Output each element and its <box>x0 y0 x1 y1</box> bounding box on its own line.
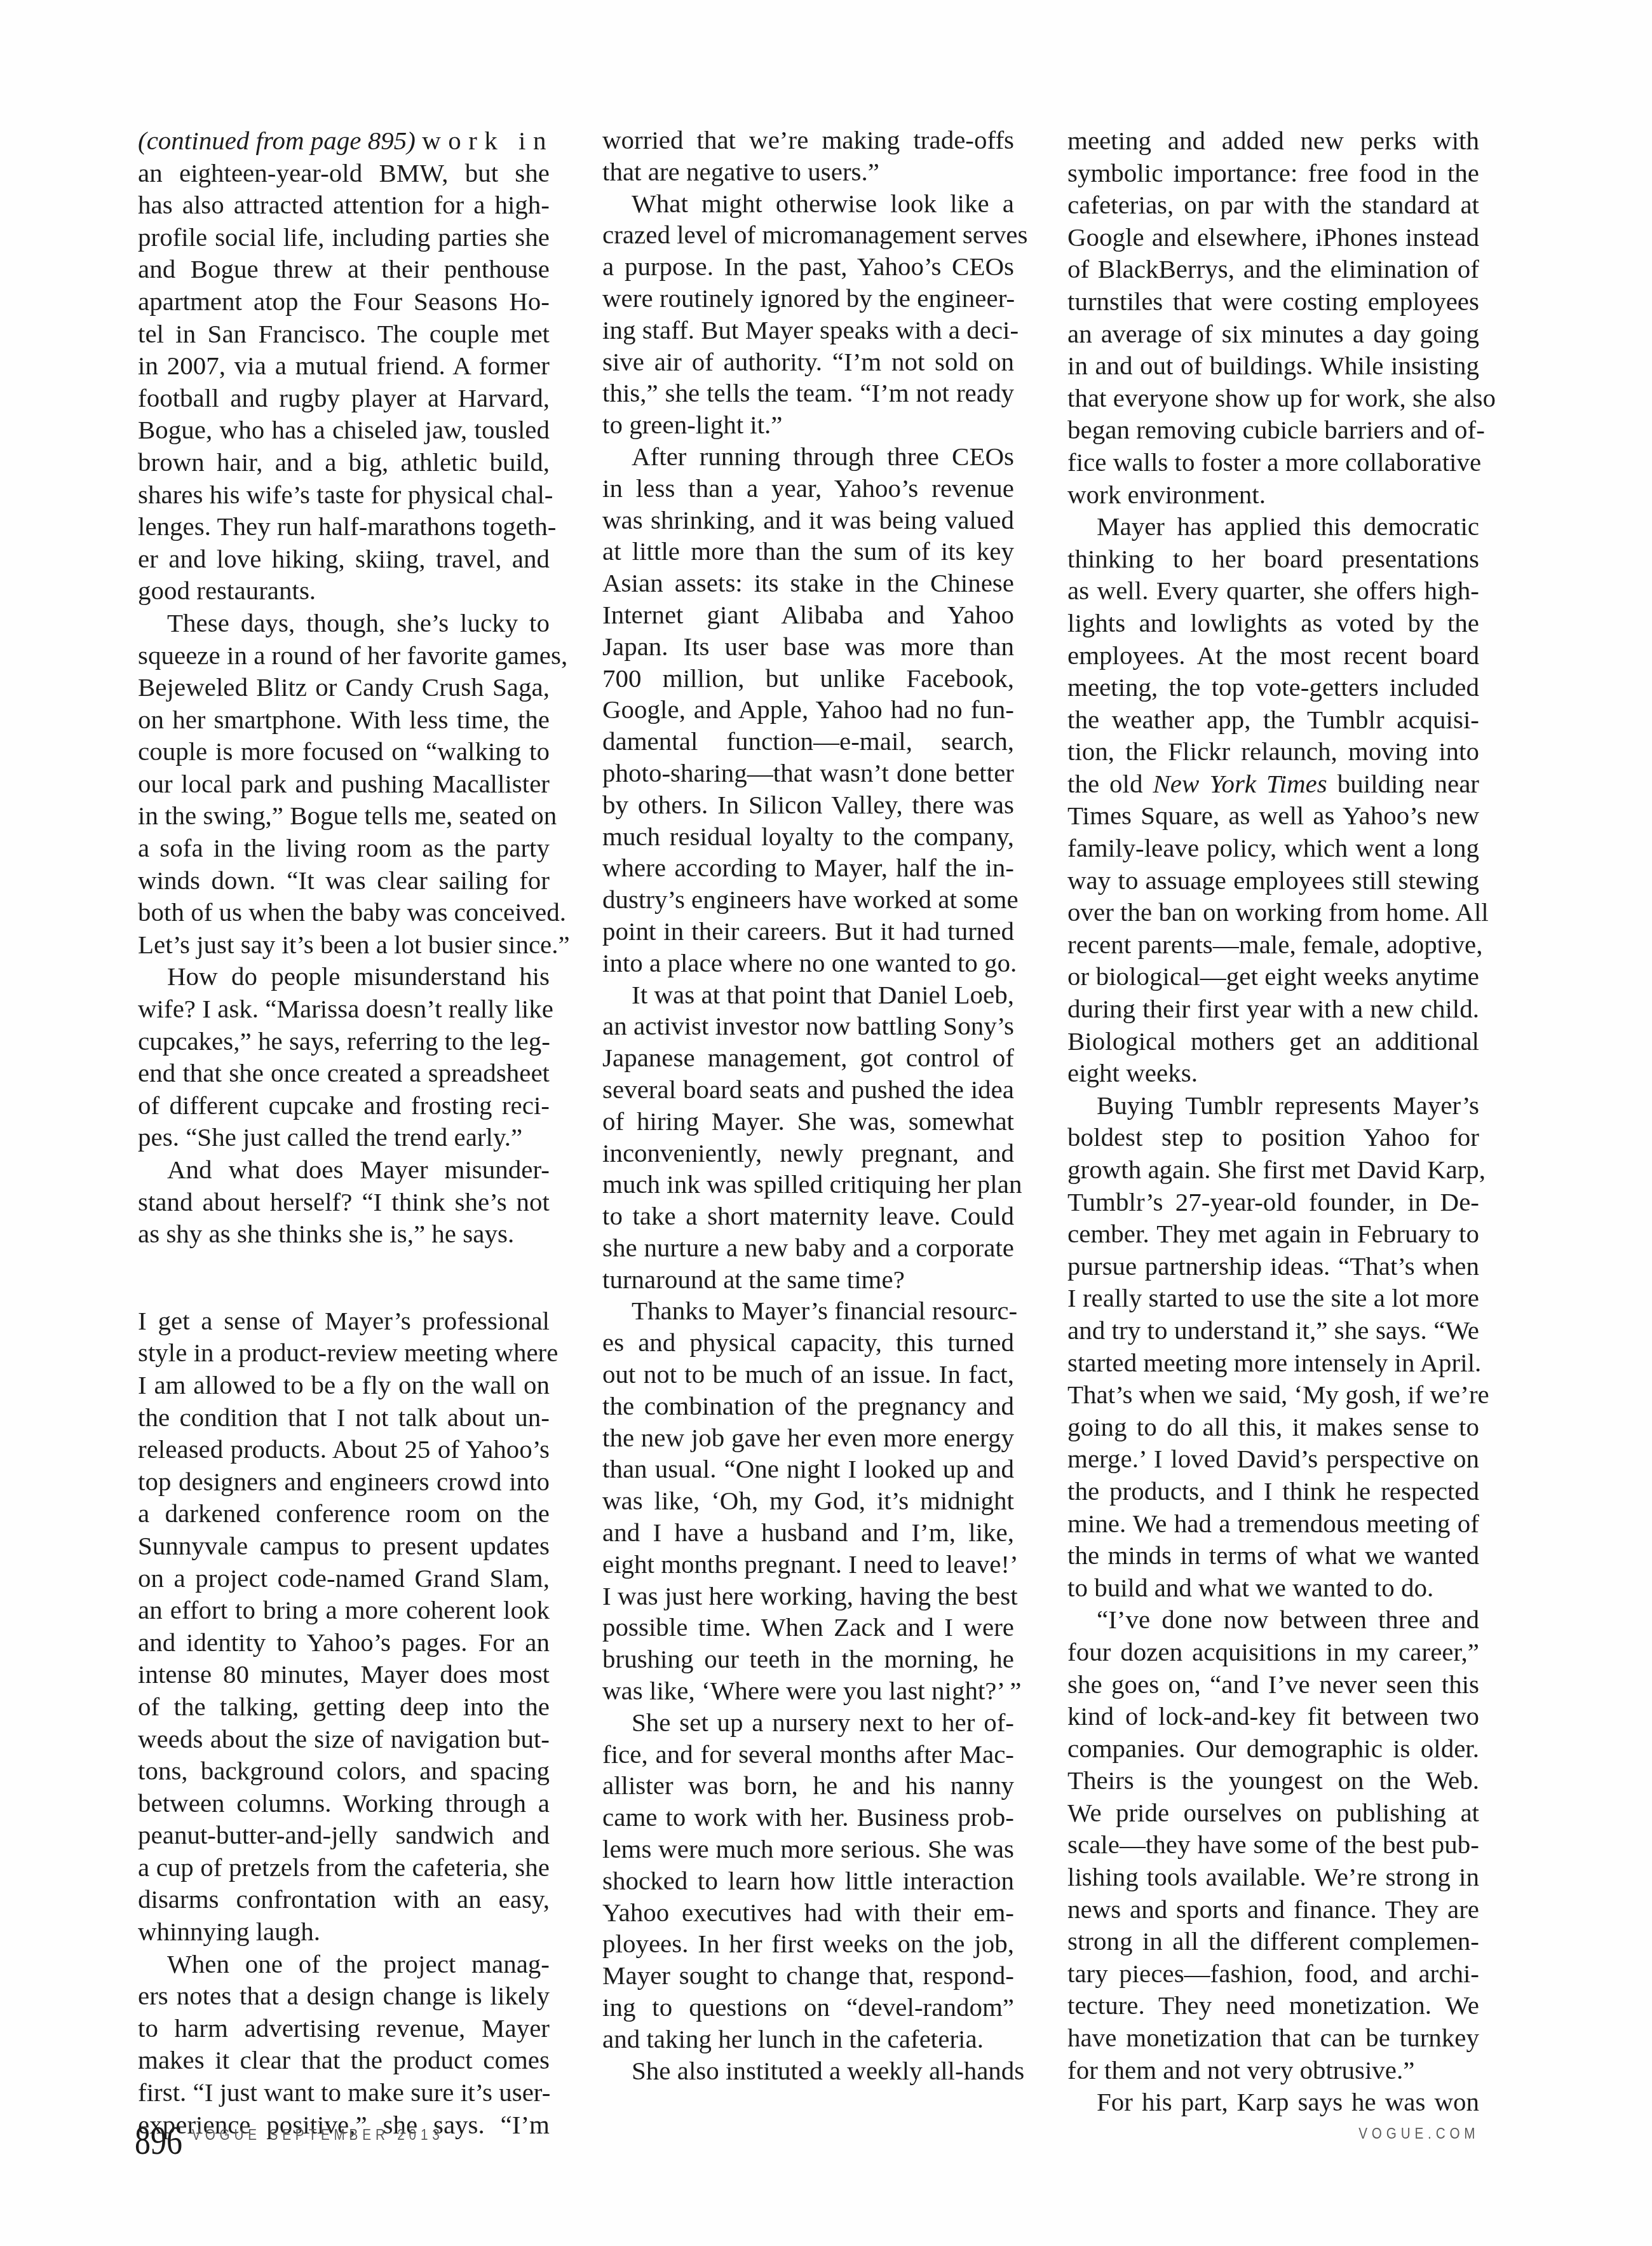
text-line: has also attracted attention for a high- <box>138 189 550 221</box>
text-line: Japanese management, got control of <box>602 1042 1014 1074</box>
publication-title: New York Times <box>1153 769 1327 798</box>
text-line: to take a short maternity leave. Could <box>602 1201 1014 1232</box>
text-line: tecture. They need monetization. We <box>1067 1989 1479 2022</box>
text-line: a sofa in the living room as the party <box>138 832 550 864</box>
text-line: several board seats and pushed the idea <box>602 1074 1014 1106</box>
text-line: crazed level of micromanagement serves <box>602 219 1014 251</box>
text-line: began removing cubicle barriers and of- <box>1067 414 1479 446</box>
text-line: Buying Tumblr represents Mayer’s <box>1067 1089 1479 1122</box>
text-line: top designers and engineers crowd into <box>138 1466 550 1498</box>
text-line: pursue partnership ideas. “That’s when <box>1067 1250 1479 1283</box>
text-line: a purpose. In the past, Yahoo’s CEOs <box>602 251 1014 283</box>
text-line: What might otherwise look like a <box>602 188 1014 220</box>
text-line: damental function—e-mail, search, <box>602 726 1014 758</box>
text-line: It was at that point that Daniel Loeb, <box>602 979 1014 1011</box>
text-line: tary pieces—fashion, food, and archi- <box>1067 1957 1479 1990</box>
text-line: brown hair, and a big, athletic build, <box>138 446 550 479</box>
text-line: family-leave policy, which went a long <box>1067 832 1479 864</box>
text-line: in less than a year, Yahoo’s revenue <box>602 473 1014 505</box>
text-line: an activist investor now battling Sony’s <box>602 1011 1014 1042</box>
continued-from-note[interactable]: (continued from page 895) <box>138 126 416 155</box>
text-line: of BlackBerrys, and the elimination of <box>1067 253 1479 285</box>
text-line: released products. About 25 of Yahoo’s <box>138 1433 550 1466</box>
text-line: meeting, the top vote-getters included <box>1067 671 1479 704</box>
text-line: were routinely ignored by the engineer- <box>602 283 1014 315</box>
text-line: I get a sense of Mayer’s professional <box>138 1305 550 1337</box>
text-line: tons, background colors, and spacing <box>138 1755 550 1787</box>
text-line: These days, though, she’s lucky to <box>138 607 550 639</box>
text-line: our local park and pushing Macallister <box>138 768 550 800</box>
text-line: have monetization that can be turnkey <box>1067 2022 1479 2054</box>
text-line: cafeterias, on par with the standard at <box>1067 189 1479 221</box>
text-line: makes it clear that the product comes <box>138 2044 550 2076</box>
text-line: Yahoo executives had with their em- <box>602 1897 1014 1929</box>
text-line: the old New York Times building near <box>1067 768 1479 800</box>
text-line: eight weeks. <box>1067 1057 1479 1089</box>
page-footer-left: 896 VOGUE SEPTEMBER 2013 <box>135 2121 472 2160</box>
article-column-2: worried that we’re making trade-offsthat… <box>602 125 1014 2086</box>
text-line: disarms confrontation with an easy, <box>138 1883 550 1916</box>
text-line: employees. At the most recent board <box>1067 639 1479 672</box>
text-line: I really started to use the site a lot m… <box>1067 1282 1479 1314</box>
text-line: as well. Every quarter, she offers high- <box>1067 575 1479 607</box>
text-line: lems were much more serious. She was <box>602 1834 1014 1865</box>
text-line: allister was born, he and his nanny <box>602 1770 1014 1802</box>
text-line: end that she once created a spreadsheet <box>138 1057 550 1089</box>
text-line: of hiring Mayer. She was, somewhat <box>602 1106 1014 1138</box>
text-line: and identity to Yahoo’s pages. For an <box>138 1626 550 1659</box>
text-line: both of us when the baby was conceived. <box>138 896 550 929</box>
text-line: started meeting more intensely in April. <box>1067 1347 1479 1379</box>
text-line: possible time. When Zack and I were <box>602 1612 1014 1644</box>
text-line: Let’s just say it’s been a lot busier si… <box>138 929 550 961</box>
text-line: I was just here working, having the best <box>602 1581 1014 1612</box>
text-line: and try to understand it,” she says. “We <box>1067 1314 1479 1347</box>
text-line: as shy as she thinks she is,” he says. <box>138 1218 550 1250</box>
text-line: four dozen acquisitions in my career,” <box>1067 1636 1479 1668</box>
text-line: whinnying laugh. <box>138 1916 550 1948</box>
text-line: than usual. “One night I looked up and <box>602 1453 1014 1485</box>
text-line: profile social life, including parties s… <box>138 221 550 254</box>
text-line: ers notes that a design change is likely <box>138 1980 550 2012</box>
text-line: sive air of authority. “I’m not sold on <box>602 346 1014 378</box>
text-line: much residual loyalty to the company, <box>602 821 1014 853</box>
text-line: point in their careers. But it had turne… <box>602 916 1014 948</box>
text-line: this,” she tells the team. “I’m not read… <box>602 378 1014 409</box>
text-line: Theirs is the youngest on the Web. <box>1067 1764 1479 1797</box>
text-line: Times Square, as well as Yahoo’s new <box>1067 800 1479 832</box>
text-line: to harm advertising revenue, Mayer <box>138 2012 550 2045</box>
text-line: good restaurants. <box>138 575 550 607</box>
text-line: She also instituted a weekly all-hands <box>602 2055 1014 2087</box>
text-line: How do people misunderstand his <box>138 960 550 993</box>
text-line: (continued from page 895) work in <box>138 125 550 157</box>
article-column-1: (continued from page 895) work inan eigh… <box>138 125 550 2141</box>
text-line: shares his wife’s taste for physical cha… <box>138 479 550 511</box>
text-line: much ink was spilled critiquing her plan <box>602 1169 1014 1201</box>
text-line: the combination of the pregnancy and <box>602 1391 1014 1422</box>
text-line: to build and what we wanted to do. <box>1067 1572 1479 1604</box>
text-line: was shrinking, and it was being valued <box>602 505 1014 536</box>
page-number: 896 <box>135 2121 175 2160</box>
text-line: out not to be much of an issue. In fact, <box>602 1359 1014 1391</box>
text-line: fice, and for several months after Mac- <box>602 1739 1014 1771</box>
text-line: and I have a husband and I’m, like, <box>602 1517 1014 1549</box>
text-line: during their first year with a new child… <box>1067 993 1479 1025</box>
text-line: tel in San Francisco. The couple met <box>138 318 550 350</box>
text-line: first. “I just want to make sure it’s us… <box>138 2076 550 2109</box>
text-line: photo-sharing—that wasn’t done better <box>602 758 1014 789</box>
text-line: weeds about the size of navigation but- <box>138 1723 550 1755</box>
text-line: the weather app, the Tumblr acquisi- <box>1067 704 1479 736</box>
text-line: After running through three CEOs <box>602 441 1014 473</box>
text-line: couple is more focused on “walking to <box>138 735 550 768</box>
text-line: and Bogue threw at their penthouse <box>138 253 550 285</box>
text-line: turnaround at the same time? <box>602 1264 1014 1296</box>
text-line: was like, ‘Oh, my God, it’s midnight <box>602 1485 1014 1517</box>
text-line: “I’ve done now between three and <box>1067 1603 1479 1636</box>
text-line: she nurture a new baby and a corporate <box>602 1232 1014 1264</box>
text-line: and taking her lunch in the cafeteria. <box>602 2024 1014 2055</box>
text-line: in the swing,” Bogue tells me, seated on <box>138 800 550 832</box>
text-line: Biological mothers get an additional <box>1067 1025 1479 1058</box>
text-line: eight months pregnant. I need to leave!’ <box>602 1549 1014 1581</box>
text-line: lishing tools available. We’re strong in <box>1067 1861 1479 1893</box>
text-line: wife? I ask. “Marissa doesn’t really lik… <box>138 993 550 1025</box>
text-line: Google, and Apple, Yahoo had no fun- <box>602 694 1014 726</box>
text-line: kind of lock-and-key fit between two <box>1067 1700 1479 1732</box>
text-line: lights and lowlights as voted by the <box>1067 607 1479 639</box>
text-line: of different cupcake and frosting reci- <box>138 1089 550 1122</box>
text-line: going to do all this, it makes sense to <box>1067 1411 1479 1443</box>
text-line: inconveniently, newly pregnant, and <box>602 1138 1014 1169</box>
text-line: strong in all the different complemen- <box>1067 1925 1479 1957</box>
text-line: came to work with her. Business prob- <box>602 1802 1014 1834</box>
text-line: meeting and added new perks with <box>1067 125 1479 157</box>
text-line: scale—they have some of the best pub- <box>1067 1828 1479 1861</box>
text-line: for them and not very obtrusive.” <box>1067 2054 1479 2086</box>
text-line: a darkened conference room on the <box>138 1497 550 1530</box>
text-line: es and physical capacity, this turned <box>602 1327 1014 1359</box>
text-line: in 2007, via a mutual friend. A former <box>138 350 550 382</box>
text-line: Google and elsewhere, iPhones instead <box>1067 221 1479 254</box>
text-line: in and out of buildings. While insisting <box>1067 350 1479 382</box>
text-line: Mayer sought to change that, respond- <box>602 1960 1014 1992</box>
text-line: ployees. In her first weeks on the job, <box>602 1928 1014 1960</box>
text-line: thinking to her board presentations <box>1067 543 1479 575</box>
text-line: a cup of pretzels from the cafeteria, sh… <box>138 1851 550 1884</box>
text-line: at little more than the sum of its key <box>602 536 1014 568</box>
text-line: on a project code-named Grand Slam, <box>138 1562 550 1595</box>
text-line: lenges. They run half-marathons togeth- <box>138 510 550 543</box>
text-line: That’s when we said, ‘My gosh, if we’re <box>1067 1378 1479 1411</box>
text-line: winds down. “It was clear sailing for <box>138 864 550 897</box>
text-line: the new job gave her even more energy <box>602 1422 1014 1454</box>
text-line: Mayer has applied this democratic <box>1067 510 1479 543</box>
text-line: tion, the Flickr relaunch, moving into <box>1067 735 1479 768</box>
text-line: news and sports and finance. They are <box>1067 1893 1479 1926</box>
text-line: way to assuage employees still stewing <box>1067 864 1479 897</box>
text-line: boldest step to position Yahoo for <box>1067 1121 1479 1154</box>
text-line: squeeze in a round of her favorite games… <box>138 639 550 672</box>
website-link[interactable]: VOGUE.COM <box>1358 2125 1479 2142</box>
text-line: growth again. She first met David Karp, <box>1067 1154 1479 1186</box>
text-line: Sunnyvale campus to present updates <box>138 1530 550 1562</box>
text-line: that are negative to users.” <box>602 156 1014 188</box>
section-break <box>138 1250 550 1305</box>
text-line: er and love hiking, skiing, travel, and <box>138 543 550 575</box>
text-line: She set up a nursery next to her of- <box>602 1707 1014 1739</box>
text-line: Tumblr’s 27-year-old founder, in De- <box>1067 1186 1479 1218</box>
text-line: intense 80 minutes, Mayer does most <box>138 1658 550 1691</box>
text-line: where according to Mayer, half the in- <box>602 852 1014 884</box>
text-line: between columns. Working through a <box>138 1787 550 1820</box>
text-line: Internet giant Alibaba and Yahoo <box>602 599 1014 631</box>
text-line: worried that we’re making trade-offs <box>602 125 1014 156</box>
text-line: Japan. Its user base was more than <box>602 631 1014 663</box>
text-line: or biological—get eight weeks anytime <box>1067 960 1479 993</box>
text-line: Bogue, who has a chiseled jaw, tousled <box>138 414 550 446</box>
text-line: by others. In Silicon Valley, there was <box>602 789 1014 821</box>
text-line: peanut-butter-and-jelly sandwich and <box>138 1819 550 1851</box>
text-line: shocked to learn how little interaction <box>602 1865 1014 1897</box>
text-line: And what does Mayer misunder- <box>138 1154 550 1186</box>
text-line: that everyone show up for work, she also <box>1067 382 1479 414</box>
text-line: We pride ourselves on publishing at <box>1067 1797 1479 1829</box>
text-line: the minds in terms of what we wanted <box>1067 1539 1479 1572</box>
text-line: symbolic importance: free food in the <box>1067 157 1479 189</box>
magazine-page: (continued from page 895) work inan eigh… <box>0 0 1652 2246</box>
text-line: mine. We had a tremendous meeting of <box>1067 1508 1479 1540</box>
text-line: apartment atop the Four Seasons Ho- <box>138 285 550 318</box>
text-line: to green-light it.” <box>602 409 1014 441</box>
text-line: stand about herself? “I think she’s not <box>138 1186 550 1218</box>
text-line: she goes on, “and I’ve never seen this <box>1067 1668 1479 1701</box>
text-line: the condition that I not talk about un- <box>138 1401 550 1434</box>
text-line: the products, and I think he respected <box>1067 1475 1479 1508</box>
text-line: brushing our teeth in the morning, he <box>602 1644 1014 1675</box>
text-line: cupcakes,” he says, referring to the leg… <box>138 1025 550 1058</box>
issue-masthead: VOGUE SEPTEMBER 2013 <box>192 2127 444 2144</box>
text-line: dustry’s engineers have worked at some <box>602 884 1014 916</box>
text-line: When one of the project manag- <box>138 1948 550 1980</box>
text-line: over the ban on working from home. All <box>1067 896 1479 929</box>
text-line: on her smartphone. With less time, the <box>138 704 550 736</box>
text-line: of the talking, getting deep into the <box>138 1691 550 1723</box>
text-line: ing to questions on “devel-random” <box>602 1992 1014 2024</box>
text-line: turnstiles that were costing employees <box>1067 285 1479 318</box>
article-column-3: meeting and added new perks withsymbolic… <box>1067 125 1479 2118</box>
text-line: was like, ‘Where were you last night?’ ” <box>602 1675 1014 1707</box>
text-line: into a place where no one wanted to go. <box>602 948 1014 979</box>
text-line: an average of six minutes a day going <box>1067 318 1479 350</box>
text-line: ing staff. But Mayer speaks with a deci- <box>602 315 1014 346</box>
text-line: an eighteen-year-old BMW, but she <box>138 157 550 189</box>
text-line: 700 million, but unlike Facebook, <box>602 663 1014 695</box>
text-line: For his part, Karp says he was won <box>1067 2086 1479 2118</box>
text-line: fice walls to foster a more collaborativ… <box>1067 446 1479 479</box>
text-line: an effort to bring a more coherent look <box>138 1594 550 1626</box>
text-line: recent parents—male, female, adoptive, <box>1067 929 1479 961</box>
text-line: companies. Our demographic is older. <box>1067 1732 1479 1765</box>
text-line: cember. They met again in February to <box>1067 1218 1479 1250</box>
text-line: Asian assets: its stake in the Chinese <box>602 568 1014 599</box>
text-line: pes. “She just called the trend early.” <box>138 1121 550 1154</box>
text-line: merge.’ I loved David’s perspective on <box>1067 1443 1479 1475</box>
text-line: Thanks to Mayer’s financial resourc- <box>602 1295 1014 1327</box>
text-line: I am allowed to be a fly on the wall on <box>138 1369 550 1401</box>
text-line: football and rugby player at Harvard, <box>138 382 550 414</box>
text-line: Bejeweled Blitz or Candy Crush Saga, <box>138 671 550 704</box>
text-line: style in a product-review meeting where <box>138 1337 550 1369</box>
text-line: work environment. <box>1067 479 1479 511</box>
